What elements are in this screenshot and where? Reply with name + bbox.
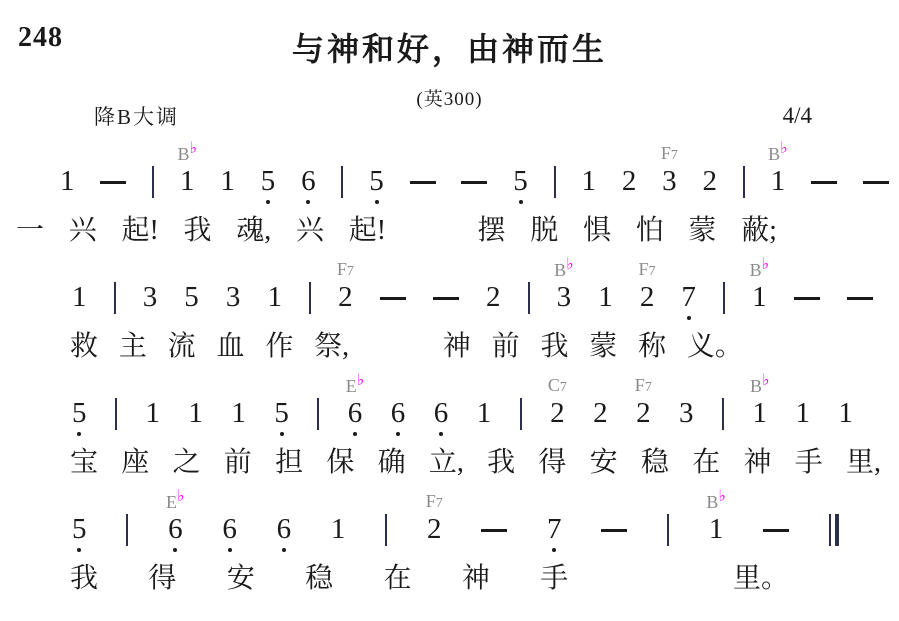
note: 1 — [72, 283, 87, 312]
note-digit: 2 — [427, 515, 442, 544]
note: 1 — [331, 515, 346, 544]
note-digit: 3 — [679, 399, 694, 428]
chord-root-letter: B — [768, 144, 780, 164]
note-digit: 6 — [277, 515, 292, 544]
lyric-syllable: 手 — [795, 446, 823, 480]
note: 1 — [231, 399, 246, 428]
note: 3F7 — [662, 167, 677, 196]
note-digit: 5 — [72, 515, 87, 544]
lyrics-line: 宝座之前担保确立,我得安稳在神手里, — [0, 446, 899, 480]
low-octave-dot — [519, 200, 523, 204]
low-octave-dot — [280, 432, 284, 436]
note: 5 — [369, 167, 384, 196]
lyric-syllable: 一 — [16, 214, 44, 248]
flat-accidental-icon: ♭ — [566, 254, 574, 273]
lyric-syllable: 安 — [227, 562, 255, 596]
key-signature: 降B大调 — [94, 101, 179, 131]
chord-quality: 7 — [560, 380, 567, 395]
chord-symbol: F7 — [337, 260, 354, 279]
note: 1 — [477, 399, 492, 428]
hymn-title: 与神和好，由神而生 — [0, 24, 899, 70]
note-digit: 1 — [477, 399, 492, 428]
lyric-syllable: 惧 — [583, 214, 611, 248]
note-digit: 1 — [598, 283, 613, 312]
lyric-syllable: 脱 — [530, 214, 558, 248]
lyric-syllable: 蔽; — [741, 214, 777, 248]
lyric-syllable: 保 — [326, 446, 354, 480]
low-octave-dot — [396, 432, 400, 436]
note-digit: 1 — [709, 515, 724, 544]
note: 7 — [547, 515, 562, 544]
note-digit: 6 — [222, 515, 237, 544]
note-digit: 2 — [486, 283, 501, 312]
note: 2C7 — [550, 399, 565, 428]
chord-root-letter: B — [750, 376, 762, 396]
music-system-2: 135312F723B♭12F771B♭ 救主流血作祭,神前我蒙称义。 — [0, 250, 899, 366]
note-digit: 1 — [795, 399, 810, 428]
note: 1B♭ — [752, 283, 767, 312]
chord-root-letter: B — [750, 260, 762, 280]
note: 6 — [434, 399, 449, 428]
chord-root-letter: F — [639, 259, 649, 279]
barline — [317, 398, 319, 430]
note: 3 — [143, 283, 158, 312]
note-digit: 7 — [547, 515, 562, 544]
duration-dash — [461, 181, 487, 184]
chord-symbol: F7 — [426, 492, 443, 511]
note-digit: 1 — [771, 167, 786, 196]
chord-symbol: B♭ — [554, 261, 574, 279]
chord-root-letter: F — [426, 491, 436, 511]
lyric-syllable: 救 — [70, 330, 98, 364]
lyric-syllable: 座 — [121, 446, 149, 480]
chord-quality: 7 — [671, 148, 678, 163]
note: 3B♭ — [557, 283, 572, 312]
chord-quality: 7 — [649, 264, 656, 279]
note-digit: 3 — [557, 283, 572, 312]
music-system-1: 11B♭15655123F721B♭ 一兴起!我魂,兴起!摆脱惧怕蒙蔽; — [0, 134, 899, 250]
chord-symbol: B♭ — [750, 261, 770, 279]
note-digit: 5 — [261, 167, 276, 196]
lyric-syllable: 立, — [429, 446, 464, 480]
lyric-syllable: 神 — [743, 446, 771, 480]
lyric-syllable: 兴 — [69, 214, 97, 248]
note-digit: 1 — [180, 167, 195, 196]
lyric-syllable: 神 — [462, 562, 490, 596]
note: 1 — [581, 167, 596, 196]
low-octave-dot — [266, 200, 270, 204]
note: 1 — [220, 167, 235, 196]
chord-symbol: B♭ — [768, 145, 788, 163]
barline — [722, 398, 724, 430]
duration-dash — [794, 297, 820, 300]
chord-symbol: B♭ — [706, 493, 726, 511]
lyric-syllable: 摆 — [477, 214, 505, 248]
lyric-syllable: 在 — [692, 446, 720, 480]
low-octave-dot — [306, 200, 310, 204]
lyric-gap — [370, 354, 422, 355]
flat-accidental-icon: ♭ — [190, 138, 198, 157]
barline — [152, 166, 154, 198]
note-digit: 6 — [301, 167, 316, 196]
final-barline-thin — [829, 514, 831, 546]
chord-symbol: F7 — [635, 376, 652, 395]
note-digit: 2 — [550, 399, 565, 428]
lyric-syllable: 神 — [443, 330, 471, 364]
note-digit: 5 — [369, 167, 384, 196]
lyric-syllable: 祭, — [314, 330, 349, 364]
lyric-syllable: 担 — [275, 446, 303, 480]
low-octave-dot — [353, 432, 357, 436]
note-digit: 7 — [681, 283, 696, 312]
barline — [554, 166, 556, 198]
lyric-gap — [411, 238, 453, 239]
final-barline — [829, 514, 839, 546]
lyric-syllable: 安 — [590, 446, 618, 480]
note-digit: 1 — [752, 283, 767, 312]
note-digit: 5 — [513, 167, 528, 196]
lyric-syllable: 宝 — [70, 446, 98, 480]
lyric-syllable: 前 — [492, 330, 520, 364]
barline — [115, 398, 117, 430]
duration-dash — [433, 297, 459, 300]
lyric-syllable: 里。 — [733, 562, 789, 596]
note: 1B♭ — [180, 167, 195, 196]
note: 1 — [598, 283, 613, 312]
lyric-syllable: 前 — [224, 446, 252, 480]
chord-root-letter: F — [635, 375, 645, 395]
note: 2 — [703, 167, 718, 196]
note-digit: 1 — [838, 399, 853, 428]
note-digit: 2 — [593, 399, 608, 428]
note: 5 — [274, 399, 289, 428]
note: 5 — [261, 167, 276, 196]
lyric-syllable: 稳 — [641, 446, 669, 480]
note-digit: 6 — [434, 399, 449, 428]
lyric-syllable: 我 — [487, 446, 515, 480]
barline — [723, 282, 725, 314]
note: 2 — [593, 399, 608, 428]
chord-symbol: E♭ — [346, 377, 365, 395]
note-digit: 1 — [188, 399, 203, 428]
time-signature: 4/4 — [783, 103, 812, 129]
note-digit: 1 — [752, 399, 767, 428]
lyric-syllable: 在 — [384, 562, 412, 596]
chord-quality: 7 — [347, 264, 354, 279]
note: 6 — [277, 515, 292, 544]
lyric-syllable: 兴 — [296, 214, 324, 248]
note-digit: 1 — [60, 167, 75, 196]
low-octave-dot — [77, 432, 81, 436]
note: 5 — [513, 167, 528, 196]
flat-accidental-icon: ♭ — [718, 486, 726, 505]
chord-root-letter: B — [554, 260, 566, 280]
note-digit: 1 — [331, 515, 346, 544]
lyric-syllable: 我 — [540, 330, 568, 364]
chord-root-letter: C — [548, 375, 560, 395]
note-digit: 3 — [143, 283, 158, 312]
lyric-syllable: 流 — [168, 330, 196, 364]
note: 1B♭ — [752, 399, 767, 428]
note-digit: 2 — [636, 399, 651, 428]
flat-accidental-icon: ♭ — [177, 486, 185, 505]
duration-dash — [847, 297, 873, 300]
note: 3 — [679, 399, 694, 428]
note: 2 — [622, 167, 637, 196]
note: 1 — [838, 399, 853, 428]
notation-line: 11B♭15655123F721B♭ — [0, 134, 899, 196]
music-system-4: 56E♭6612F771B♭ 我得安稳在神手里。 — [0, 482, 899, 598]
chord-root-letter: F — [661, 143, 671, 163]
chord-symbol: B♭ — [750, 377, 770, 395]
lyric-syllable: 蒙 — [589, 330, 617, 364]
chord-symbol: C7 — [548, 376, 567, 395]
lyric-syllable: 血 — [216, 330, 244, 364]
lyric-syllable: 起! — [349, 214, 386, 248]
lyric-syllable: 我 — [184, 214, 212, 248]
note: 2F7 — [636, 399, 651, 428]
lyric-syllable: 怕 — [636, 214, 664, 248]
chord-root-letter: E — [166, 492, 177, 512]
flat-accidental-icon: ♭ — [780, 138, 788, 157]
lyric-syllable: 义。 — [687, 330, 743, 364]
low-octave-dot — [282, 548, 286, 552]
chord-quality: 7 — [645, 380, 652, 395]
note: 1 — [188, 399, 203, 428]
lyrics-line: 我得安稳在神手里。 — [0, 562, 899, 596]
note: 1B♭ — [709, 515, 724, 544]
note-digit: 5 — [274, 399, 289, 428]
lyric-syllable: 得 — [538, 446, 566, 480]
note-digit: 3 — [226, 283, 241, 312]
lyrics-line: 一兴起!我魂,兴起!摆脱惧怕蒙蔽; — [0, 214, 899, 248]
low-octave-dot — [77, 548, 81, 552]
chord-symbol: E♭ — [166, 493, 185, 511]
barline — [520, 398, 522, 430]
lyric-syllable: 作 — [265, 330, 293, 364]
chord-root-letter: B — [706, 492, 718, 512]
duration-dash — [380, 297, 406, 300]
note: 3 — [226, 283, 241, 312]
chord-root-letter: B — [178, 144, 190, 164]
music-system-3: 511156E♭6612C722F731B♭11 宝座之前担保确立,我得安稳在神… — [0, 366, 899, 482]
chord-symbol: F7 — [661, 144, 678, 163]
notation-line: 135312F723B♭12F771B♭ — [0, 250, 899, 312]
lyric-syllable: 魂, — [236, 214, 271, 248]
chord-quality: 7 — [436, 496, 443, 511]
note-digit: 2 — [622, 167, 637, 196]
note: 2F7 — [427, 515, 442, 544]
lyric-syllable: 我 — [70, 562, 98, 596]
note: 6 — [391, 399, 406, 428]
duration-dash — [811, 181, 837, 184]
chord-root-letter: F — [337, 259, 347, 279]
barline — [309, 282, 311, 314]
note: 5 — [72, 515, 87, 544]
note: 5 — [184, 283, 199, 312]
lyric-syllable: 主 — [119, 330, 147, 364]
flat-accidental-icon: ♭ — [762, 370, 770, 389]
note: 1 — [145, 399, 160, 428]
flat-accidental-icon: ♭ — [762, 254, 770, 273]
note-digit: 2 — [640, 283, 655, 312]
duration-dash — [481, 529, 507, 532]
duration-dash — [763, 529, 789, 532]
low-octave-dot — [228, 548, 232, 552]
note: 2 — [486, 283, 501, 312]
flat-accidental-icon: ♭ — [357, 370, 365, 389]
low-octave-dot — [375, 200, 379, 204]
sheet-music-page: 248 与神和好，由神而生 (英300) 降B大调 4/4 11B♭156551… — [0, 0, 899, 621]
lyric-gap — [619, 586, 683, 587]
duration-dash — [100, 181, 126, 184]
lyric-syllable: 蒙 — [688, 214, 716, 248]
note-digit: 1 — [145, 399, 160, 428]
duration-dash — [410, 181, 436, 184]
note-digit: 1 — [72, 283, 87, 312]
lyric-syllable: 起! — [121, 214, 158, 248]
note: 2F7 — [640, 283, 655, 312]
lyrics-line: 救主流血作祭,神前我蒙称义。 — [0, 330, 899, 364]
barline — [126, 514, 128, 546]
chord-symbol: F7 — [639, 260, 656, 279]
low-octave-dot — [552, 548, 556, 552]
note-digit: 6 — [348, 399, 363, 428]
note-digit: 1 — [581, 167, 596, 196]
lyric-syllable: 得 — [148, 562, 176, 596]
barline — [114, 282, 116, 314]
barline — [528, 282, 530, 314]
lyric-syllable: 里, — [846, 446, 881, 480]
note-digit: 2 — [338, 283, 353, 312]
note: 1B♭ — [771, 167, 786, 196]
note: 6E♭ — [348, 399, 363, 428]
note-digit: 6 — [168, 515, 183, 544]
note: 7 — [681, 283, 696, 312]
note: 6 — [301, 167, 316, 196]
duration-dash — [601, 529, 627, 532]
lyric-syllable: 之 — [173, 446, 201, 480]
note-digit: 1 — [231, 399, 246, 428]
note: 5 — [72, 399, 87, 428]
note-digit: 1 — [220, 167, 235, 196]
low-octave-dot — [439, 432, 443, 436]
lyric-syllable: 稳 — [305, 562, 333, 596]
notation-line: 56E♭6612F771B♭ — [0, 482, 899, 544]
barline — [341, 166, 343, 198]
low-octave-dot — [687, 316, 691, 320]
note: 6 — [222, 515, 237, 544]
note-digit: 5 — [184, 283, 199, 312]
duration-dash — [863, 181, 889, 184]
barline — [385, 514, 387, 546]
lyric-syllable: 手 — [540, 562, 568, 596]
barline — [743, 166, 745, 198]
lyric-syllable: 确 — [378, 446, 406, 480]
note-digit: 1 — [267, 283, 282, 312]
chord-symbol: B♭ — [178, 145, 198, 163]
note: 6E♭ — [168, 515, 183, 544]
barline — [667, 514, 669, 546]
lyric-syllable: 称 — [638, 330, 666, 364]
note-digit: 2 — [703, 167, 718, 196]
final-barline-thick — [835, 514, 839, 546]
note: 1 — [60, 167, 75, 196]
note: 2F7 — [338, 283, 353, 312]
note: 1 — [795, 399, 810, 428]
note: 1 — [267, 283, 282, 312]
low-octave-dot — [173, 548, 177, 552]
note-digit: 5 — [72, 399, 87, 428]
note-digit: 3 — [662, 167, 677, 196]
notation-line: 511156E♭6612C722F731B♭11 — [0, 366, 899, 428]
note-digit: 6 — [391, 399, 406, 428]
chord-root-letter: E — [346, 376, 357, 396]
